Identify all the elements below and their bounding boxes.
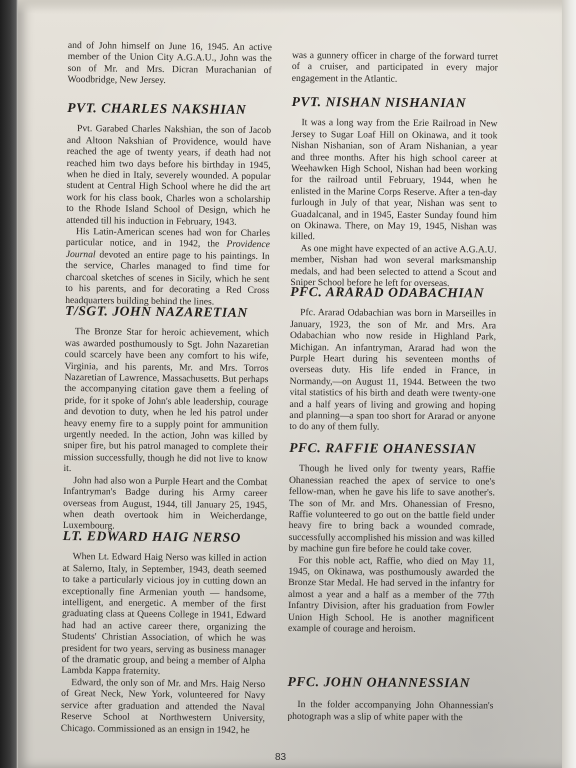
page-stack-edge [562, 0, 576, 768]
paragraph: Though he lived only for twenty years, R… [288, 463, 495, 556]
paragraph: When Lt. Edward Haig Nerso was killed in… [61, 551, 266, 679]
section-heading: PFC. JOHN OHANNESSIAN [288, 676, 494, 689]
section-edward-haig-nerso: LT. EDWARD HAIG NERSO When Lt. Edward Ha… [61, 530, 267, 736]
paragraph: For this noble act, Raffie, who died on … [288, 555, 495, 636]
paragraph: Edward, the only son of Mr. and Mrs. Hai… [61, 677, 266, 736]
section-charles-nakshian: PVT. CHARLES NAKSHIAN Pvt. Garabed Charl… [65, 102, 271, 308]
paragraph: In the folder accompanying John Ohanness… [287, 699, 493, 723]
section-raffie-ohanessian: PFC. RAFFIE OHANESSIAN Though he lived o… [288, 442, 495, 636]
section-ararad-odabachian: PFC. ARARAD ODABACHIAN Pfc. Ararad Odaba… [289, 286, 496, 434]
paragraph: Pvt. Garabed Charles Nakshian, the son o… [66, 123, 271, 228]
section-john-nazaretian: T/SGT. JOHN NAZARETIAN The Bronze Star f… [63, 305, 269, 534]
section-john-ohannessian: PFC. JOHN OHANNESSIAN In the folder acco… [287, 676, 493, 724]
section-nishan-nishanian: PVT. NISHAN NISHANIAN It was a long way … [290, 96, 497, 290]
publication-title: Providence Journal [66, 239, 270, 260]
paragraph: Pfc. Ararad Odabachian was born in Marse… [289, 307, 496, 434]
section-heading: PVT. CHARLES NAKSHIAN [67, 102, 271, 116]
paragraph: It was a long way from the Erie Railroad… [291, 117, 498, 244]
page-top-shadow [18, 0, 564, 14]
paragraph: His Latin-American scenes had won for Ch… [65, 226, 270, 308]
continuation-paragraph: was a gunnery officer in charge of the f… [292, 50, 498, 86]
left-continuation: and of John himself on June 16, 1945. An… [68, 40, 272, 88]
continuation-paragraph: and of John himself on June 16, 1945. An… [68, 40, 272, 88]
paragraph: John had also won a Purple Heart and the… [63, 475, 268, 534]
page-number: 83 [275, 752, 286, 763]
section-heading: T/SGT. JOHN NAZARETIAN [65, 305, 269, 319]
section-heading: PVT. NISHAN NISHANIAN [292, 96, 498, 109]
paragraph: The Bronze Star for heroic achievement, … [63, 326, 269, 476]
right-continuation: was a gunnery officer in charge of the f… [292, 50, 498, 86]
section-heading: PFC. ARARAD ODABACHIAN [290, 286, 496, 299]
section-heading: PFC. RAFFIE OHANESSIAN [289, 442, 495, 455]
section-heading: LT. EDWARD HAIG NERSO [63, 530, 267, 544]
paragraph: As one might have expected of an active … [290, 243, 496, 290]
